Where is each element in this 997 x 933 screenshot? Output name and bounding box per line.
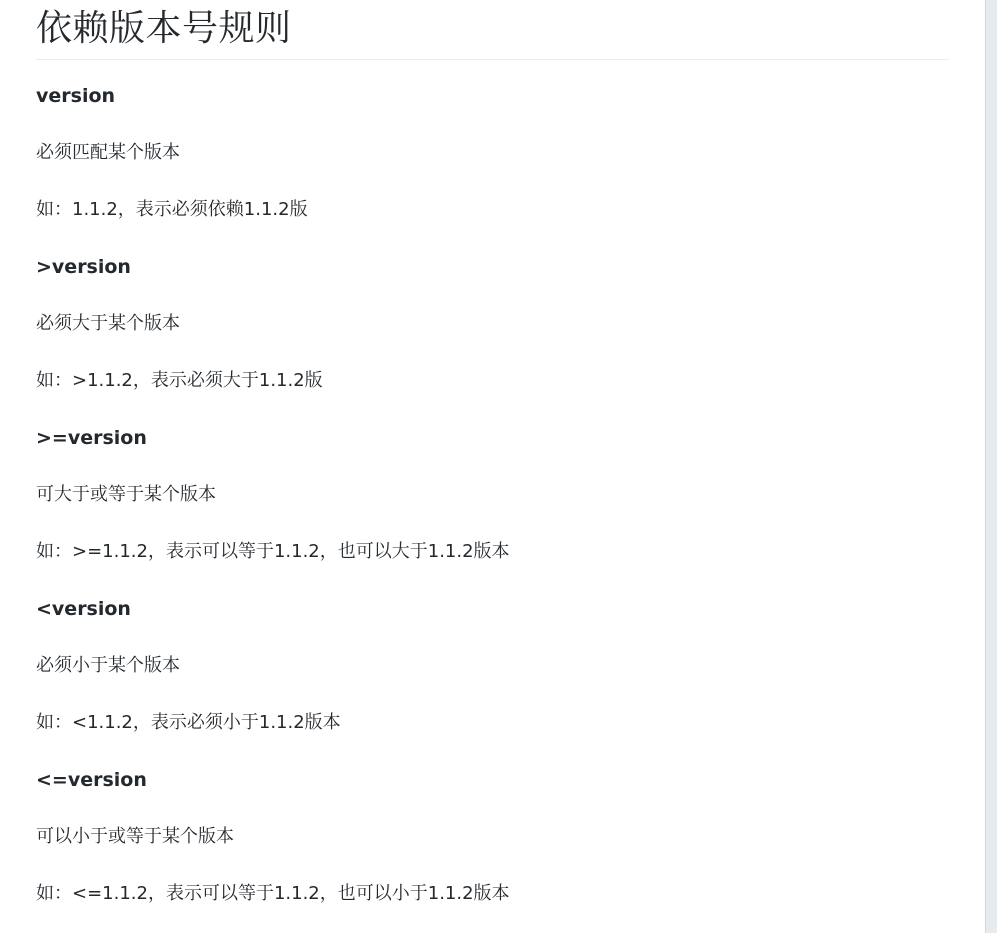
title-divider — [36, 59, 949, 60]
section-heading-lte-version: <=version — [36, 768, 147, 792]
side-panel-edge — [985, 0, 997, 933]
section-description: 必须小于某个版本 — [36, 654, 180, 678]
section-heading-gte-version: >=version — [36, 426, 147, 450]
section-description: 可大于或等于某个版本 — [36, 483, 216, 507]
section-heading-gt-version: >version — [36, 255, 131, 279]
section-description: 可以小于或等于某个版本 — [36, 825, 234, 849]
section-example: 如：<1.1.2，表示必须小于1.1.2版本 — [36, 711, 341, 735]
section-example: 如：>1.1.2，表示必须大于1.1.2版 — [36, 369, 323, 393]
section-description: 必须大于某个版本 — [36, 312, 180, 336]
section-example: 如：<=1.1.2，表示可以等于1.1.2，也可以小于1.1.2版本 — [36, 882, 510, 906]
section-example: 如：1.1.2，表示必须依赖1.1.2版 — [36, 198, 308, 222]
page-title: 依赖版本号规则 — [36, 0, 949, 52]
section-heading-lt-version: <version — [36, 597, 131, 621]
section-example: 如：>=1.1.2，表示可以等于1.1.2，也可以大于1.1.2版本 — [36, 540, 510, 564]
section-description: 必须匹配某个版本 — [36, 141, 180, 165]
section-heading-version: version — [36, 84, 115, 108]
article: 依赖版本号规则 version 必须匹配某个版本 如：1.1.2，表示必须依赖1… — [36, 0, 949, 60]
